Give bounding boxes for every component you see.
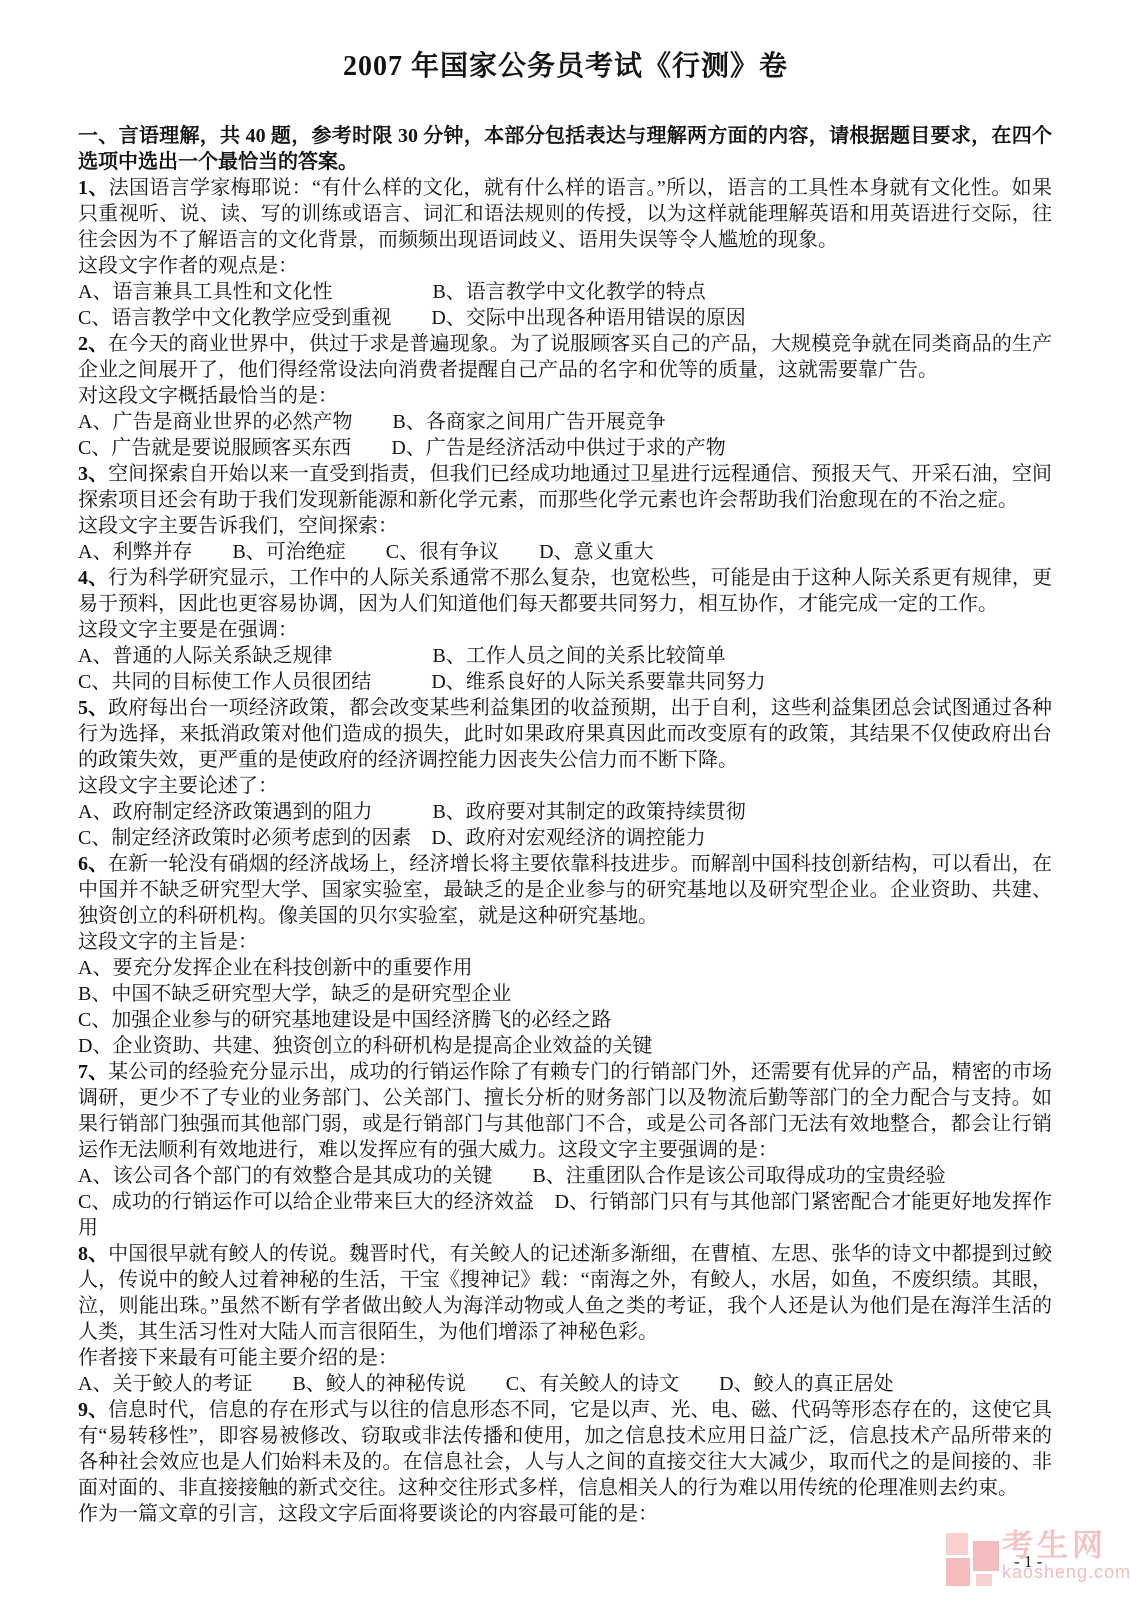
question-2-line-1: 对这段文字概括最恰当的是： [78,383,1052,409]
question-5-number: 5、 [78,697,108,719]
question-5-line-2: A、政府制定经济政策遇到的阻力 B、政府要对其制定的政策持续贯彻 [78,799,1052,825]
question-3-line-1: 这段文字主要告诉我们，空间探索： [78,513,1052,539]
question-5-line-1: 这段文字主要论述了： [78,773,1052,799]
question-1-line-2: A、语言兼具工具性和文化性 B、语言教学中文化教学的特点 [78,279,1052,305]
question-9-number: 9、 [78,1399,108,1421]
question-8-line-1: 作者接下来最有可能主要介绍的是： [78,1345,1052,1371]
question-5-line-3: C、制定经济政策时必须考虑到的因素 D、政府对宏观经济的调控能力 [78,825,1052,851]
question-4-body: 4、行为科学研究显示，工作中的人际关系通常不那么复杂，也宽松些，可能是由于这种人… [78,565,1052,617]
question-4-line-3: C、共同的目标使工作人员很团结 D、维系良好的人际关系要靠共同努力 [78,669,1052,695]
question-7-line-2: C、成功的行销运作可以给企业带来巨大的经济效益 D、行销部门只有与其他部门紧密配… [78,1189,1052,1241]
document-content: 一、言语理解，共 40 题，参考时限 30 分钟，本部分包括表达与理解两方面的内… [78,123,1052,1527]
question-8-number: 8、 [78,1243,108,1265]
question-6-number: 6、 [78,853,108,875]
question-7-text: 某公司的经验充分显示出，成功的行销运作除了有赖专门的行销部门外，还需要有优异的产… [78,1061,1052,1161]
question-2-line-3: C、广告就是要说服顾客买东西 D、广告是经济活动中供过于求的产物 [78,435,1052,461]
question-4-text: 行为科学研究显示，工作中的人际关系通常不那么复杂，也宽松些，可能是由于这种人际关… [78,567,1052,615]
question-3-body: 3、空间探索自开始以来一直受到指责，但我们已经成功地通过卫星进行远程通信、预报天… [78,461,1052,513]
question-5-text: 政府每出台一项经济政策，都会改变某些利益集团的收益预期，出于自利，这些利益集团总… [78,697,1052,771]
question-1-text: 法国语言学家梅耶说：“有什么样的文化，就有什么样的语言。”所以，语言的工具性本身… [78,177,1052,251]
question-6-line-1: 这段文字的主旨是： [78,929,1052,955]
question-3-number: 3、 [78,463,108,485]
question-4-number: 4、 [78,567,108,589]
question-2-body: 2、在今天的商业世界中，供过于求是普遍现象。为了说服顾客买自己的产品，大规模竞争… [78,331,1052,383]
question-1-body: 1、法国语言学家梅耶说：“有什么样的文化，就有什么样的语言。”所以，语言的工具性… [78,175,1052,253]
question-9-line-1: 作为一篇文章的引言，这段文字后面将要谈论的内容最可能的是： [78,1501,1052,1527]
question-2-line-2: A、广告是商业世界的必然产物 B、各商家之间用广告开展竞争 [78,409,1052,435]
question-8-text: 中国很早就有鲛人的传说。魏晋时代，有关鲛人的记述渐多渐细，在曹植、左思、张华的诗… [78,1243,1052,1343]
question-6-text: 在新一轮没有硝烟的经济战场上，经济增长将主要依靠科技进步。而解剖中国科技创新结构… [78,853,1052,927]
question-1-number: 1、 [78,177,109,199]
question-1-line-3: C、语言教学中文化教学应受到重视 D、交际中出现各种语用错误的原因 [78,305,1052,331]
question-8-body: 8、中国很早就有鲛人的传说。魏晋时代，有关鲛人的记述渐多渐细，在曹植、左思、张华… [78,1241,1052,1345]
question-9-body: 9、信息时代，信息的存在形式与以往的信息形态不同，它是以声、光、电、磁、代码等形… [78,1397,1052,1501]
question-5-body: 5、政府每出台一项经济政策，都会改变某些利益集团的收益预期，出于自利，这些利益集… [78,695,1052,773]
page-title: 2007 年国家公务员考试《行测》卷 [0,50,1131,84]
section-header: 一、言语理解，共 40 题，参考时限 30 分钟，本部分包括表达与理解两方面的内… [78,123,1052,175]
question-4-line-2: A、普通的人际关系缺乏规律 B、工作人员之间的关系比较简单 [78,643,1052,669]
question-1-line-1: 这段文字作者的观点是： [78,253,1052,279]
question-6-body: 6、在新一轮没有硝烟的经济战场上，经济增长将主要依靠科技进步。而解剖中国科技创新… [78,851,1052,929]
page-number: - 1 - [1014,1552,1042,1572]
question-6-line-5: D、企业资助、共建、独资创立的科研机构是提高企业效益的关键 [78,1033,1052,1059]
exam-document-page: 2007 年国家公务员考试《行测》卷 一、言语理解，共 40 题，参考时限 30… [0,0,1131,1600]
question-6-line-2: A、要充分发挥企业在科技创新中的重要作用 [78,955,1052,981]
question-6-line-3: B、中国不缺乏研究型大学，缺乏的是研究型企业 [78,981,1052,1007]
question-8-line-2: A、关于鲛人的考证 B、鲛人的神秘传说 C、有关鲛人的诗文 D、鲛人的真正居处 [78,1371,1052,1397]
kaosheng-logo-icon [946,1531,1000,1587]
question-9-text: 信息时代，信息的存在形式与以往的信息形态不同，它是以声、光、电、磁、代码等形态存… [78,1399,1052,1499]
question-7-line-1: A、该公司各个部门的有效整合是其成功的关键 B、注重团队合作是该公司取得成功的宝… [78,1163,1052,1189]
questions-container: 1、法国语言学家梅耶说：“有什么样的文化，就有什么样的语言。”所以，语言的工具性… [78,175,1052,1527]
question-3-text: 空间探索自开始以来一直受到指责，但我们已经成功地通过卫星进行远程通信、预报天气、… [78,463,1052,511]
question-7-number: 7、 [78,1061,108,1083]
question-3-line-2: A、利弊并存 B、可治绝症 C、很有争议 D、意义重大 [78,539,1052,565]
question-4-line-1: 这段文字主要是在强调： [78,617,1052,643]
question-6-line-4: C、加强企业参与的研究基地建设是中国经济腾飞的必经之路 [78,1007,1052,1033]
question-2-text: 在今天的商业世界中，供过于求是普遍现象。为了说服顾客买自己的产品，大规模竞争就在… [78,333,1052,381]
question-2-number: 2、 [78,333,108,355]
question-7-body: 7、某公司的经验充分显示出，成功的行销运作除了有赖专门的行销部门外，还需要有优异… [78,1059,1052,1163]
